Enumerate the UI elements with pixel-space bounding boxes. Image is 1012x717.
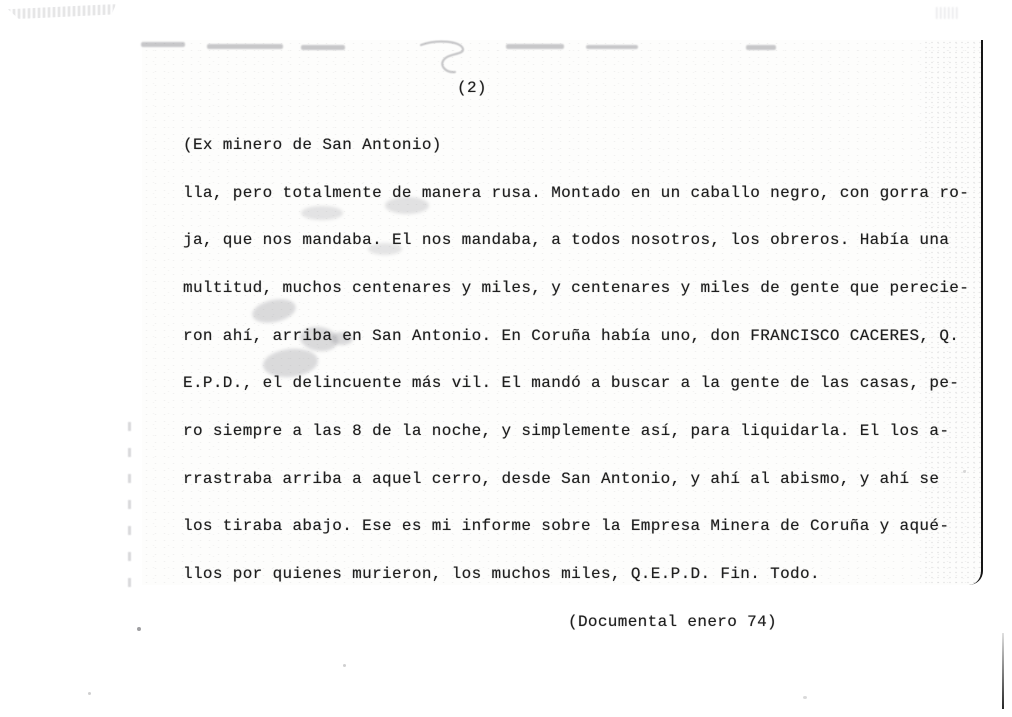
scan-smudge-dash: [506, 44, 564, 49]
typewritten-text-block: (Ex minero de San Antonio) lla, pero tot…: [183, 106, 993, 663]
scan-smudge-dash: [746, 45, 776, 50]
text-line: ja, que nos mandaba. El nos mandaba, a t…: [183, 233, 993, 249]
scan-speck: [803, 696, 807, 699]
smudge-top-right: [936, 7, 958, 19]
text-line: ron ahí, arriba en San Antonio. En Coruñ…: [183, 329, 993, 345]
text-line: multitud, muchos centenares y miles, y c…: [183, 281, 993, 297]
scan-speck: [343, 664, 346, 667]
text-line: rrastraba arriba a aquel cerro, desde Sa…: [183, 472, 993, 488]
text-line: lla, pero totalmente de manera rusa. Mon…: [183, 186, 993, 202]
scan-speck: [137, 627, 141, 631]
scanned-document-page: (2) (Ex minero de San Antonio) lla, pero…: [0, 0, 1012, 717]
text-line: E.P.D., el delincuente más vil. El mandó…: [183, 376, 993, 392]
pencil-curl-mark: [417, 39, 469, 84]
scan-speck: [88, 692, 91, 695]
text-line: (Ex minero de San Antonio): [183, 138, 993, 154]
text-line: ro siempre a las 8 de la noche, y simple…: [183, 424, 993, 440]
page-number: (2): [457, 79, 487, 97]
left-margin-scan-marks: [128, 422, 131, 590]
smudge-top-left: [8, 4, 116, 19]
scan-smudge-dash: [301, 45, 345, 50]
text-line: llos por quienes murieron, los muchos mi…: [183, 567, 993, 583]
scan-smudge-dash: [207, 44, 283, 49]
text-line: los tiraba abajo. Ese es mi informe sobr…: [183, 519, 993, 535]
text-line-credit: (Documental enero 74): [183, 615, 993, 631]
scan-smudge-dash: [141, 42, 185, 47]
scan-smudge-dash: [586, 45, 638, 49]
scan-edge-line-bottom: [1002, 633, 1004, 709]
